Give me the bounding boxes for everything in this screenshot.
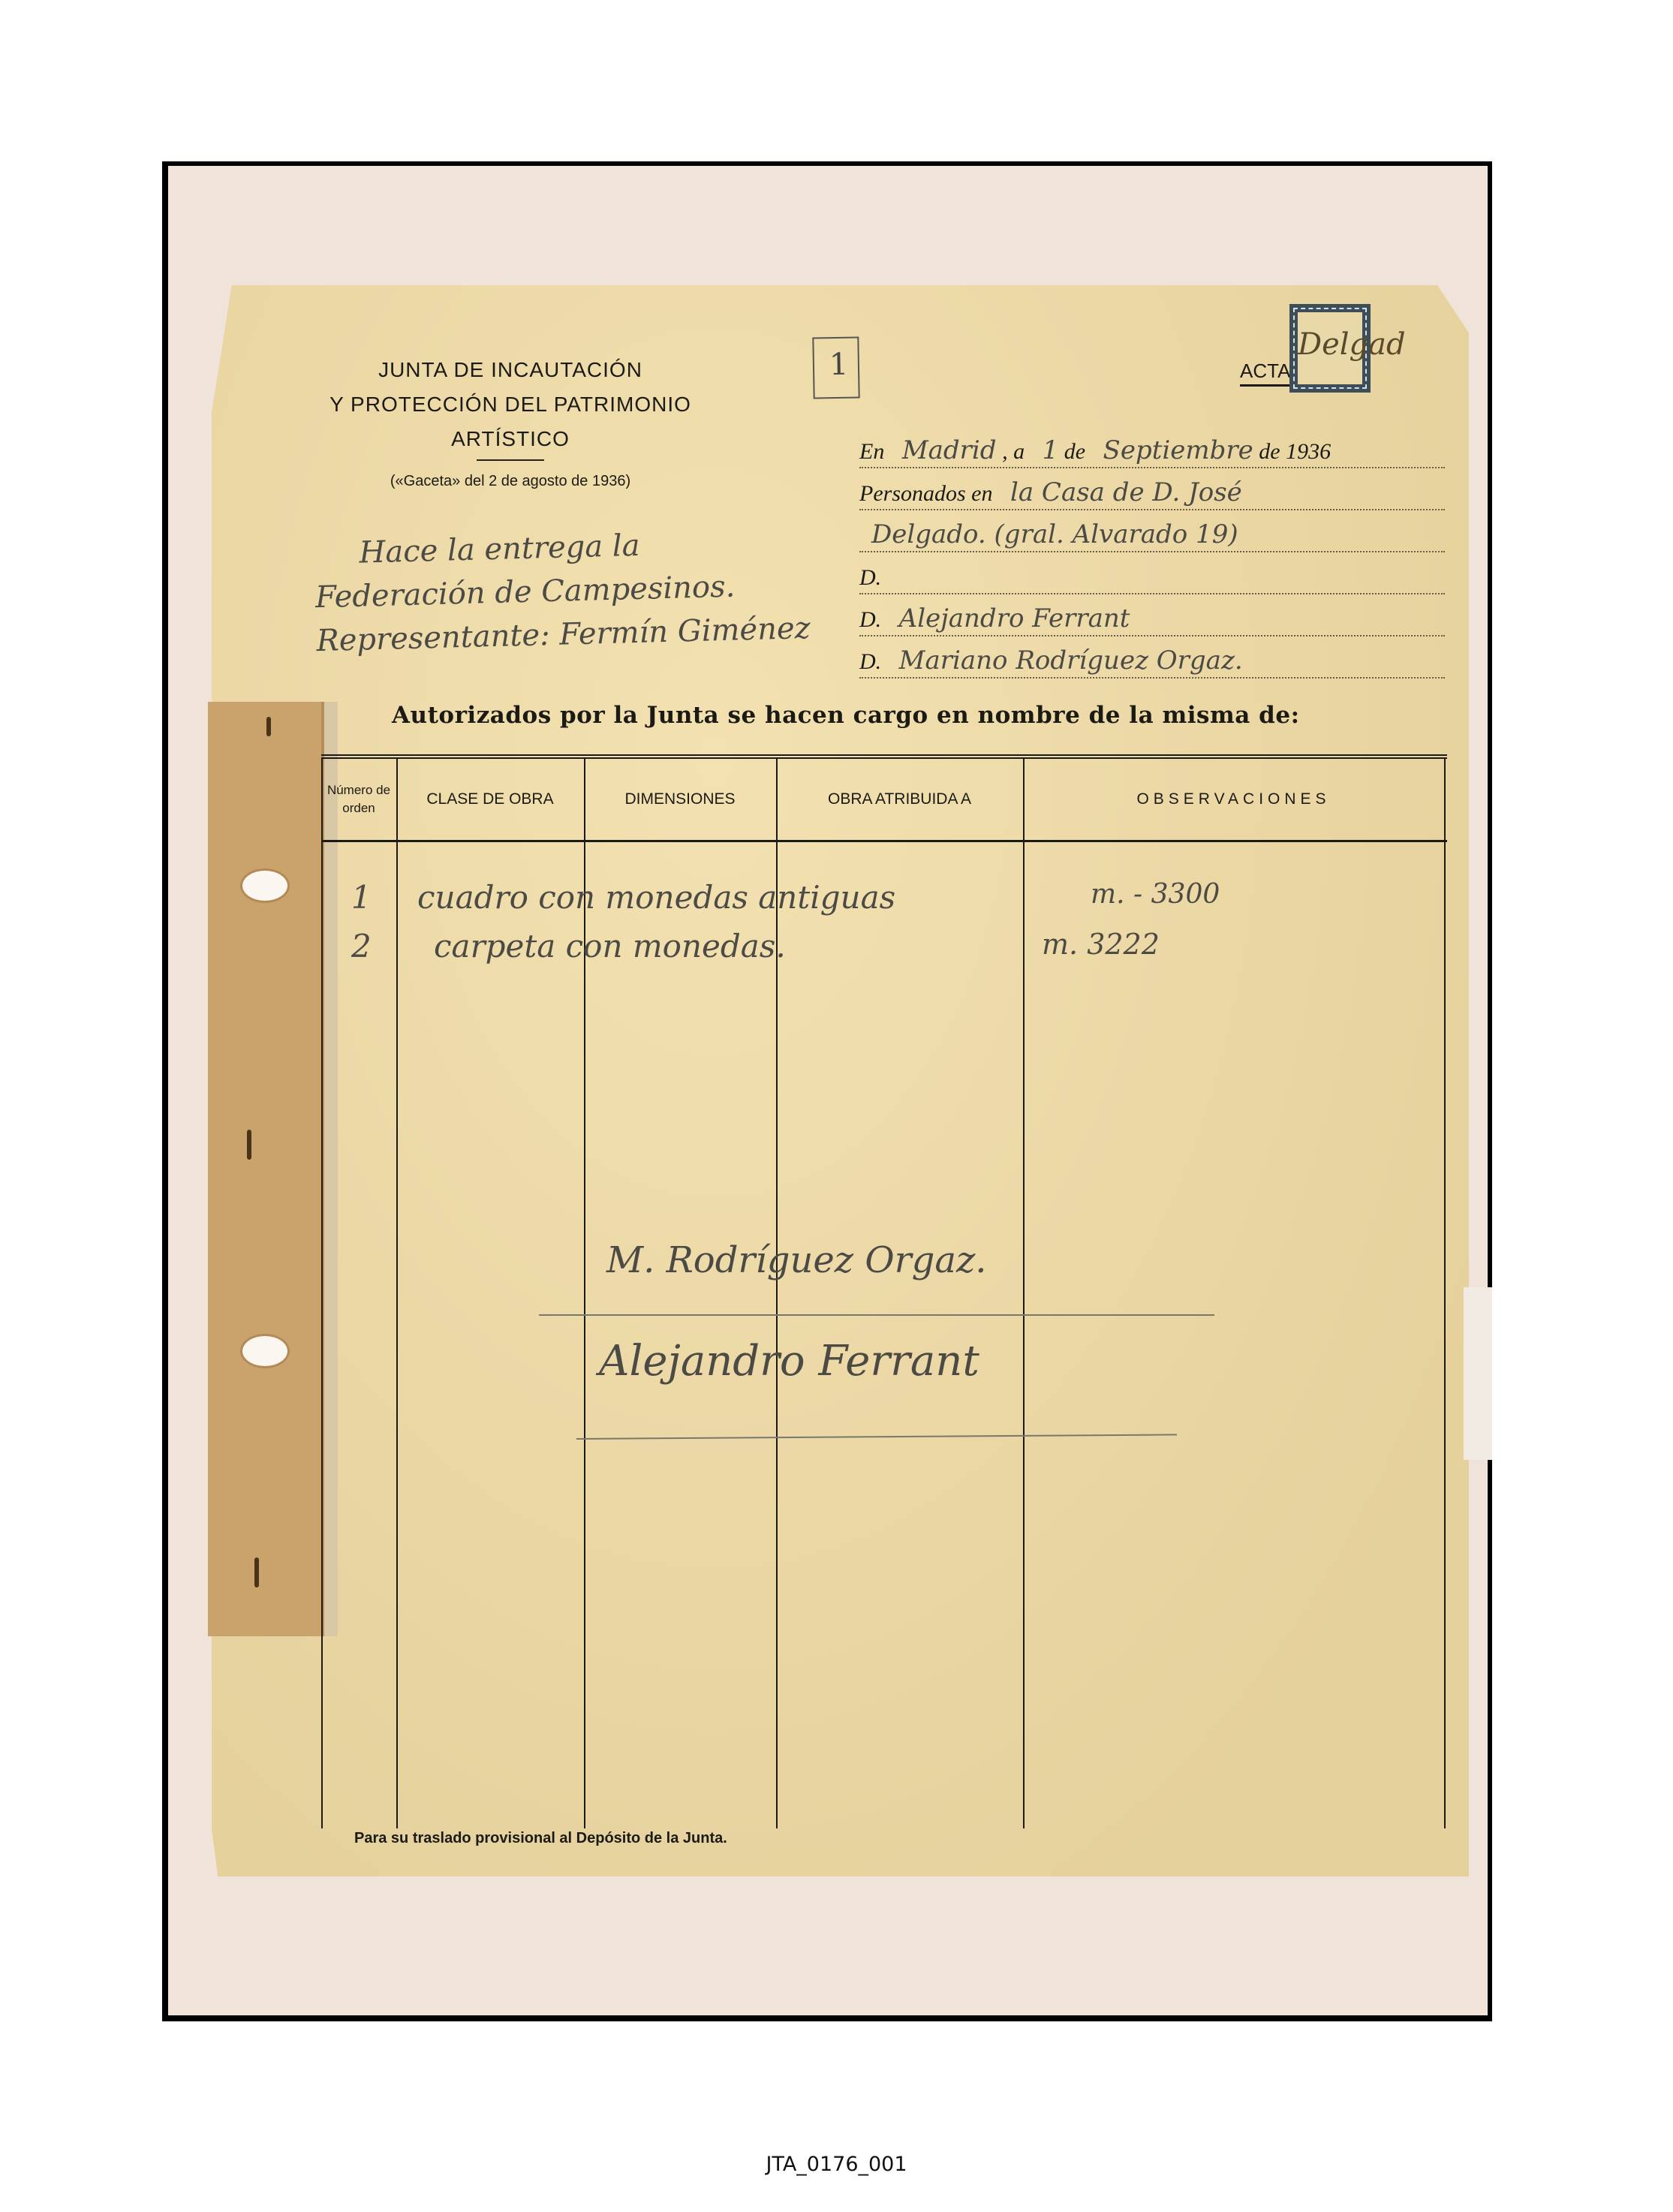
punch-hole-icon xyxy=(242,1336,287,1366)
d-line-1: D. xyxy=(859,560,1445,594)
row-number: 1 xyxy=(351,879,372,916)
row-number: 2 xyxy=(351,928,372,965)
signature-underline xyxy=(539,1314,1214,1316)
table-row: 1 cuadro con monedas antiguas m. - 3300 xyxy=(321,879,1447,924)
row-description: carpeta con monedas. xyxy=(434,928,786,965)
acta-stamp-text: Delgad xyxy=(1298,327,1362,362)
acta-stamp: Delgad xyxy=(1289,304,1371,393)
place-value: Madrid xyxy=(902,435,997,465)
d-label: D. xyxy=(859,565,881,590)
personados-value: la Casa de D. José xyxy=(1010,477,1242,507)
personados-line-2: Delgado. (gral. Alvarado 19) xyxy=(859,518,1445,552)
table-header: Número de orden CLASE DE OBRA DIMENSIONE… xyxy=(321,759,1447,842)
month-label: de xyxy=(1064,439,1085,464)
header-line-3: ARTÍSTICO xyxy=(308,422,713,456)
sheet-number-box: 1 xyxy=(812,336,859,399)
repair-tape xyxy=(1464,1287,1492,1460)
institution-header: JUNTA DE INCAUTACIÓN Y PROTECCIÓN DEL PA… xyxy=(308,353,713,492)
personados-line: Personados en la Casa de D. José xyxy=(859,476,1445,510)
header-line-2: Y PROTECCIÓN DEL PATRIMONIO xyxy=(308,387,713,422)
d3-value: Mariano Rodríguez Orgaz. xyxy=(899,646,1243,676)
signature-underline xyxy=(576,1434,1177,1440)
column-header-atribuida: OBRA ATRIBUIDA A xyxy=(776,759,1023,840)
margin-note: Hace la entrega la Federación de Campesi… xyxy=(314,519,842,663)
month-value: Septiembre xyxy=(1103,435,1253,465)
gaceta-reference: («Gaceta» del 2 de agosto de 1936) xyxy=(308,470,713,492)
d2-value: Alejandro Ferrant xyxy=(899,603,1130,634)
signature-rodriguez-orgaz: M. Rodríguez Orgaz. xyxy=(606,1239,987,1281)
items-table: Número de orden CLASE DE OBRA DIMENSIONE… xyxy=(321,754,1447,1832)
d-label: D. xyxy=(859,607,881,632)
row-observation: m. 3222 xyxy=(1042,928,1160,961)
personados-value-2: Delgado. (gral. Alvarado 19) xyxy=(871,519,1238,549)
row-observation: m. - 3300 xyxy=(1091,879,1220,910)
place-date-line: En Madrid , a 1 de Septiembre de 1936 xyxy=(859,434,1445,468)
table-row: 2 carpeta con monedas. m. 3222 xyxy=(321,928,1447,973)
acta-label: ACTA xyxy=(1240,360,1290,387)
header-rule xyxy=(477,459,544,461)
punch-hole-icon xyxy=(242,871,287,901)
d-line-2: D. Alejandro Ferrant xyxy=(859,602,1445,637)
signature-ferrant: Alejandro Ferrant xyxy=(599,1337,979,1386)
sheet-number: 1 xyxy=(829,348,849,382)
column-header-observaciones: OBSERVACIONES xyxy=(1023,759,1444,840)
column-header-numero: Número de orden xyxy=(321,759,396,840)
year-label: de 1936 xyxy=(1259,439,1331,464)
d-label: D. xyxy=(859,649,881,674)
table-title: Autorizados por la Junta se hacen cargo … xyxy=(392,702,1300,729)
header-line-1: JUNTA DE INCAUTACIÓN xyxy=(308,353,713,387)
day-value: 1 xyxy=(1043,435,1059,465)
personados-label: Personados en xyxy=(859,481,992,506)
ink-spot xyxy=(254,1557,259,1588)
place-label: En xyxy=(859,439,884,464)
footer-note: Para su traslado provisional al Depósito… xyxy=(354,1830,727,1847)
day-label: , a xyxy=(1002,439,1025,464)
column-header-clase: CLASE DE OBRA xyxy=(396,759,584,840)
column-header-dimensiones: DIMENSIONES xyxy=(584,759,776,840)
d-line-3: D. Mariano Rodríguez Orgaz. xyxy=(859,644,1445,679)
binding-tab xyxy=(208,702,324,1636)
ink-spot xyxy=(266,717,271,736)
row-description: cuadro con monedas antiguas xyxy=(417,879,895,916)
ink-spot xyxy=(247,1130,251,1160)
image-caption: JTA_0176_001 xyxy=(0,2153,1673,2176)
